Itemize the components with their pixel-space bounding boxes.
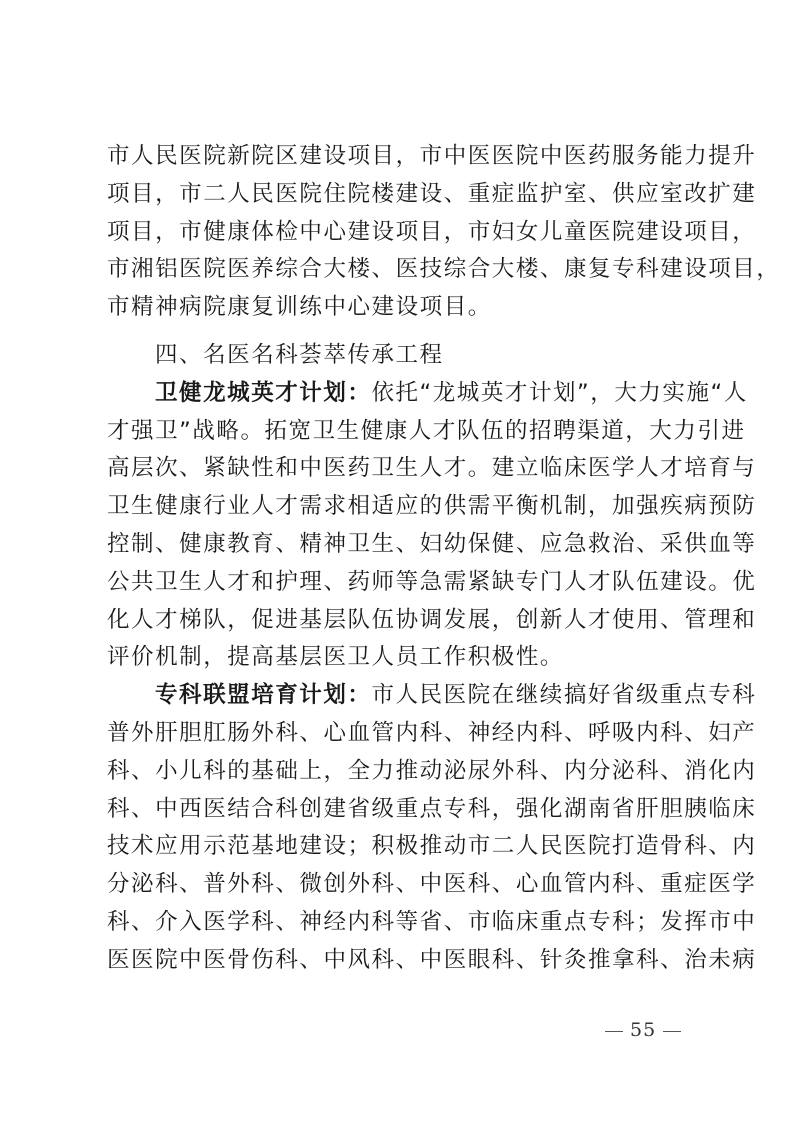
text-line: 科、中西医结合科创建省级重点专科，强化湖南省肝胆胰临床 <box>107 791 693 829</box>
text-line: 项目，市健康体检中心建设项目，市妇女儿童医院建设项目， <box>107 214 693 252</box>
text-line: 普外肝胆肛肠外科、心血管内科、神经内科、呼吸内科、妇产 <box>107 715 693 753</box>
text-line: 评价机制，提高基层医卫人员工作积极性。 <box>107 639 693 677</box>
paragraph-hospital-projects: 市人民医院新院区建设项目，市中医医院中医药服务能力提升 项目，市二人民医院住院楼… <box>107 138 693 327</box>
page-number-value: 55 <box>630 1019 656 1041</box>
document-page: 市人民医院新院区建设项目，市中医医院中医药服务能力提升 项目，市二人民医院住院楼… <box>107 138 693 980</box>
text-line: 项目，市二人民医院住院楼建设、重症监护室、供应室改扩建 <box>107 176 693 214</box>
paragraph-specialty-alliance: 专科联盟培育计划：市人民医院在继续搞好省级重点专科 普外肝胆肛肠外科、心血管内科… <box>107 677 693 979</box>
text-line: 医医院中医骨伤科、中风科、中医眼科、针灸推拿科、治未病 <box>107 942 693 980</box>
page-number: 55 <box>598 1019 688 1041</box>
text-line: 科、介入医学科、神经内科等省、市临床重点专科；发挥市中 <box>107 904 693 942</box>
text-line: 市人民医院新院区建设项目，市中医医院中医药服务能力提升 <box>107 138 693 176</box>
text-line: 卫生健康行业人才需求相适应的供需平衡机制，加强疾病预防 <box>107 488 693 526</box>
paragraph-lead-title: 卫健龙城英才计划： <box>155 380 371 406</box>
text-line: 化人才梯队，促进基层队伍协调发展，创新人才使用、管理和 <box>107 602 693 640</box>
section-heading: 四、名医名科荟萃传承工程 <box>107 337 693 375</box>
text-run: 依托“龙城英才计划”，大力实施“人 <box>371 380 747 406</box>
dash-decoration <box>663 1031 681 1032</box>
text-line: 技术应用示范基地建设；积极推动市二人民医院打造骨科、内 <box>107 828 693 866</box>
text-line: 才强卫”战略。拓宽卫生健康人才队伍的招聘渠道，大力引进 <box>107 413 693 451</box>
text-line: 专科联盟培育计划：市人民医院在继续搞好省级重点专科 <box>107 677 693 715</box>
paragraph-lead-title: 专科联盟培育计划： <box>155 682 371 708</box>
text-line: 控制、健康教育、精神卫生、妇幼保健、应急救治、采供血等 <box>107 526 693 564</box>
text-line: 科、小儿科的基础上，全力推动泌尿外科、内分泌科、消化内 <box>107 753 693 791</box>
text-line: 高层次、紧缺性和中医药卫生人才。建立临床医学人才培育与 <box>107 450 693 488</box>
text-line: 市湘铝医院医养综合大楼、医技综合大楼、康复专科建设项目， <box>107 251 693 289</box>
paragraph-talent-plan: 卫健龙城英才计划：依托“龙城英才计划”，大力实施“人 才强卫”战略。拓宽卫生健康… <box>107 375 693 677</box>
text-line: 分泌科、普外科、微创外科、中医科、心血管内科、重症医学 <box>107 866 693 904</box>
text-line: 公共卫生人才和护理、药师等急需紧缺专门人才队伍建设。优 <box>107 564 693 602</box>
text-line: 卫健龙城英才计划：依托“龙城英才计划”，大力实施“人 <box>107 375 693 413</box>
text-line: 市精神病院康复训练中心建设项目。 <box>107 289 693 327</box>
dash-decoration <box>605 1031 623 1032</box>
text-run: 市人民医院在继续搞好省级重点专科 <box>371 682 756 708</box>
